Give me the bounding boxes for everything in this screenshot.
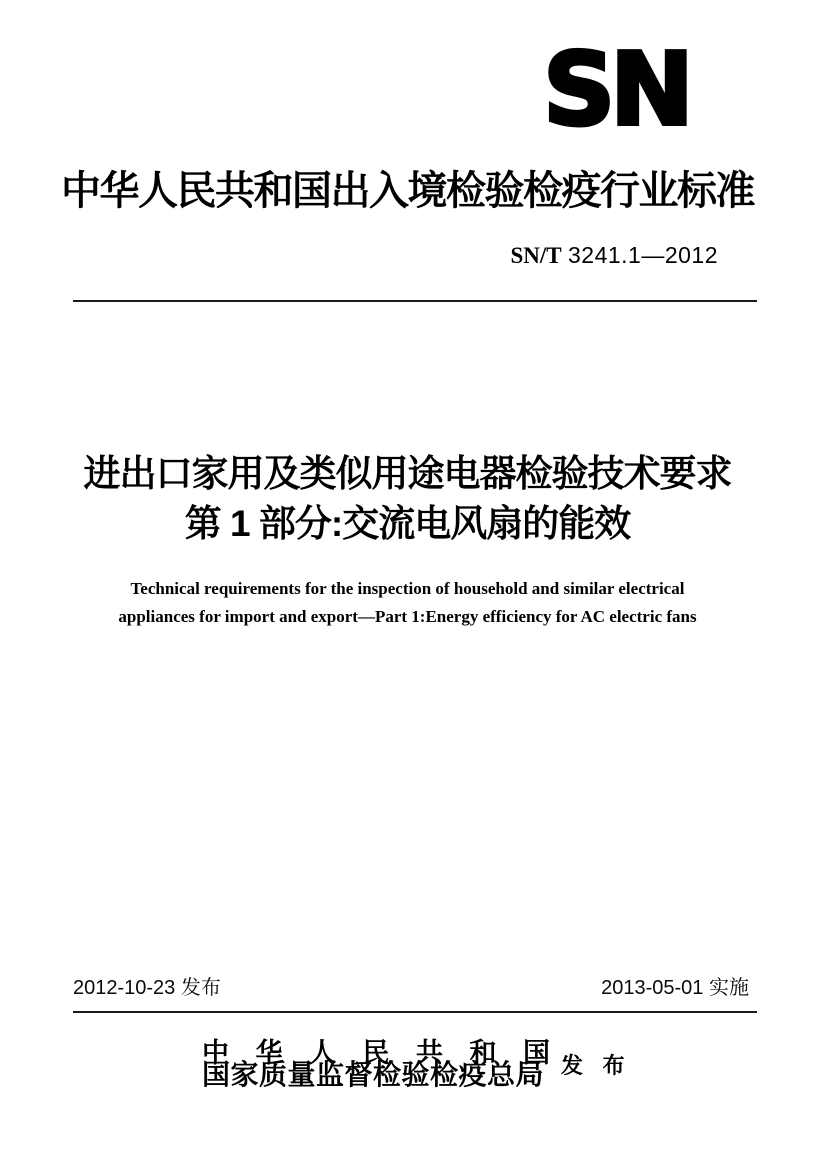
- title-chinese-line2: 第 1 部分:交流电风扇的能效: [0, 499, 815, 549]
- implementation-date: 2013-05-01 实施: [601, 975, 749, 1001]
- issue-date: 2012-10-23 发布: [73, 975, 221, 1001]
- sn-logo: SN: [536, 40, 696, 140]
- title-english-line1: Technical requirements for the inspectio…: [0, 575, 815, 603]
- title-chinese-line1: 进出口家用及类似用途电器检验技术要求: [0, 449, 815, 499]
- title-chinese: 进出口家用及类似用途电器检验技术要求 第 1 部分:交流电风扇的能效: [0, 449, 815, 549]
- publisher-block: 中 华 人 民 共 和 国 国家质量监督检验检疫总局: [202, 1043, 550, 1087]
- dates-row: 2012-10-23 发布 2013-05-01 实施: [73, 975, 749, 1001]
- standard-code-number: 3241.1—2012: [568, 242, 718, 268]
- publisher-agency-line: 国家质量监督检验检疫总局: [202, 1065, 550, 1087]
- standard-code-prefix: SN/T: [510, 243, 561, 268]
- standard-code: SN/T 3241.1—2012: [510, 242, 718, 269]
- title-english-line2: appliances for import and export—Part 1:…: [0, 603, 815, 631]
- top-divider-rule: [73, 300, 757, 302]
- standard-org-header: 中华人民共和国出入境检验检疫行业标准: [0, 168, 815, 214]
- release-label: 发 布: [561, 1054, 632, 1078]
- bottom-divider-rule: [73, 1011, 757, 1013]
- standard-cover-page: SN 中华人民共和国出入境检验检疫行业标准 SN/T 3241.1—2012 进…: [0, 0, 815, 1151]
- title-english: Technical requirements for the inspectio…: [0, 575, 815, 631]
